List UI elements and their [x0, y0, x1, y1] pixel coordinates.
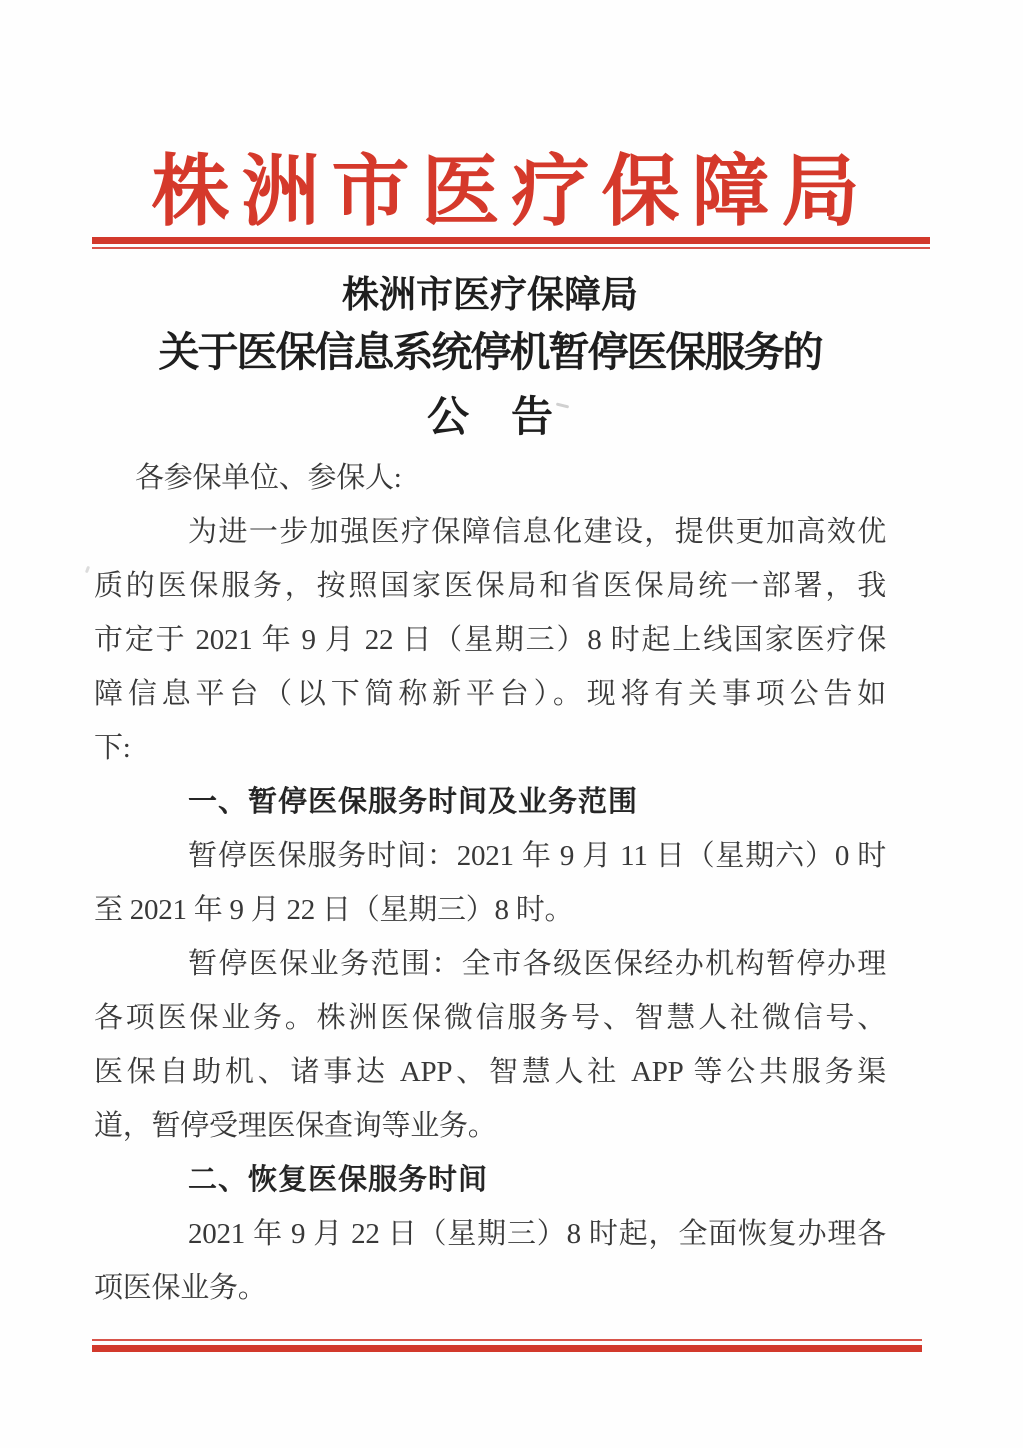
scan-artifact-dot	[85, 566, 90, 574]
footer-rule-thick	[92, 1345, 922, 1352]
doc-title-type: 公 告	[94, 396, 886, 440]
salutation: 各参保单位、参保人:	[94, 451, 886, 505]
body-line: 下:	[94, 721, 886, 775]
body-line: 道，暂停受理医保查询等业务。	[94, 1099, 886, 1153]
footer-rule-thin	[92, 1339, 922, 1341]
notice-body: 各参保单位、参保人: 为进一步加强医疗保障信息化建设，提供更加高效优 质的医保服…	[94, 451, 886, 1315]
body-line: 暂停医保业务范围：全市各级医保经办机构暂停办理	[94, 937, 886, 991]
letterhead-rule-thick	[92, 237, 930, 244]
body-line: 2021 年 9 月 22 日（星期三）8 时起，全面恢复办理各	[94, 1207, 886, 1261]
document-page: 株洲市医疗保障局 株洲市医疗保障局 关于医保信息系统停机暂停医保服务的 公 告 …	[0, 0, 1023, 1448]
body-line: 项医保业务。	[94, 1261, 886, 1315]
section-2-heading: 二、恢复医保服务时间	[94, 1153, 886, 1207]
body-line: 暂停医保服务时间：2021 年 9 月 11 日（星期六）0 时	[94, 829, 886, 883]
doc-title-org: 株洲市医疗保障局	[94, 276, 886, 316]
body-line: 为进一步加强医疗保障信息化建设，提供更加高效优	[94, 505, 886, 559]
body-line: 至 2021 年 9 月 22 日（星期三）8 时。	[94, 883, 886, 937]
body-line: 质的医保服务，按照国家医保局和省医保局统一部署，我	[94, 559, 886, 613]
letterhead-rule-thin	[92, 247, 930, 249]
body-line: 市定于 2021 年 9 月 22 日（星期三）8 时起上线国家医疗保	[94, 613, 886, 667]
agency-name: 株洲市医疗保障局	[0, 152, 1023, 232]
body-line: 各项医保业务。株洲医保微信服务号、智慧人社微信号、	[94, 991, 886, 1045]
body-line: 医保自助机、诸事达 APP、智慧人社 APP 等公共服务渠	[94, 1045, 886, 1099]
section-1-heading: 一、暂停医保服务时间及业务范围	[94, 775, 886, 829]
doc-title-subject: 关于医保信息系统停机暂停医保服务的	[94, 329, 886, 375]
body-line: 障信息平台（以下简称新平台）。现将有关事项公告如	[94, 667, 886, 721]
